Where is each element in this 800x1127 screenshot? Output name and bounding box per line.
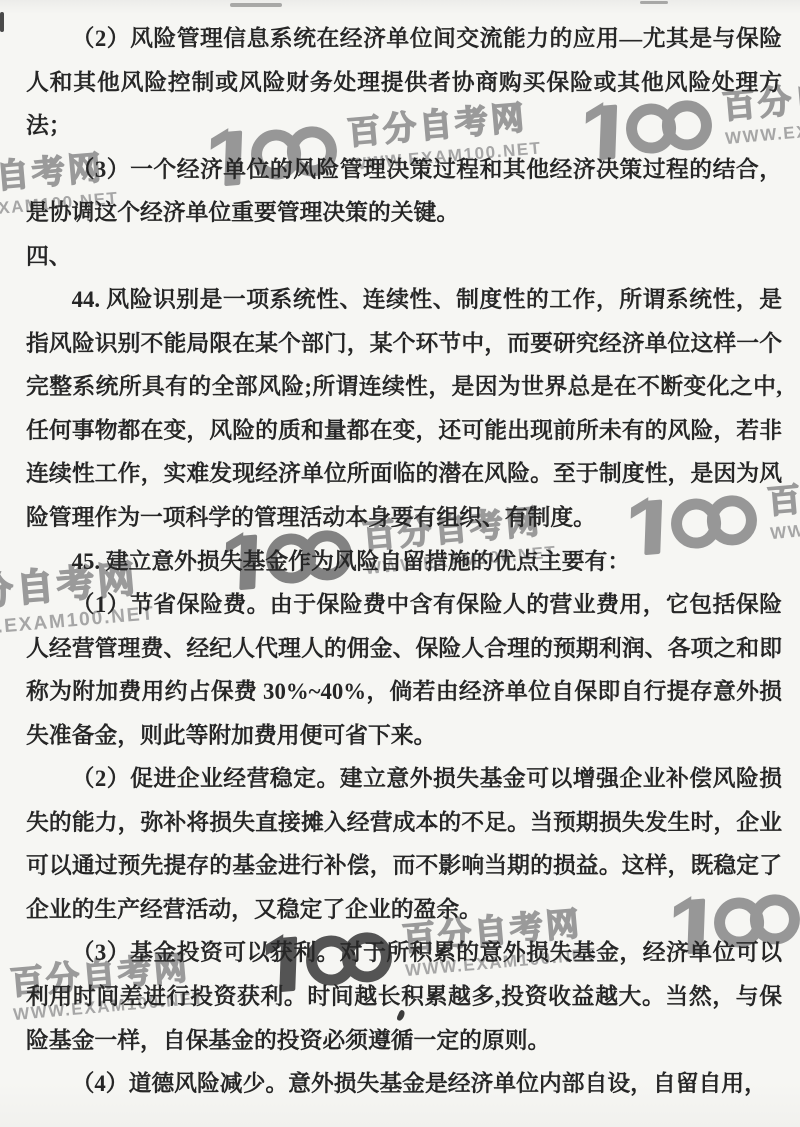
paragraph-answer-45-item2: （2）促进企业经营稳定。建立意外损失基金可以增强企业补偿风险损失的能力，弥补将损…: [26, 757, 782, 931]
paragraph-answer-45-item4: （4）道德风险减少。意外损失基金是经济单位内部自设，自留自用，: [26, 1062, 782, 1106]
paragraph-answer-43-item3: （3）一个经济单位的风险管理决策过程和其他经济决策过程的结合，是协调这个经济单位…: [26, 148, 782, 235]
paragraph-answer-45-item3: （3）基金投资可以获利。对于所积累的意外损失基金，经济单位可以利用时间差进行投资…: [26, 931, 782, 1062]
scan-smudge: [640, 1, 668, 4]
watermark-100-logo: [0, 972, 2, 1036]
scan-smudge: [230, 3, 282, 7]
paragraph-answer-45-item1: （1）节省保险费。由于保险费中含有保险人的营业费用，它包括保险人经营管理费、经纪…: [26, 583, 782, 757]
document-text: （2）风险管理信息系统在经济单位间交流能力的应用—尤其是与保险人和其他风险控制或…: [26, 17, 782, 1106]
paragraph-answer-44: 44. 风险识别是一项系统性、连续性、制度性的工作，所谓系统性，是指风险识别不能…: [26, 278, 782, 539]
section-heading-four: 四、: [26, 235, 782, 279]
paragraph-answer-43-item2: （2）风险管理信息系统在经济单位间交流能力的应用—尤其是与保险人和其他风险控制或…: [26, 17, 782, 148]
scan-edge-mark: [0, 12, 4, 32]
scanned-document-page: 百分自考网 WWW.EXAM100.NET 百分自考网 WWW.EXAM100.…: [0, 0, 800, 1127]
paragraph-answer-45-intro: 45. 建立意外损失基金作为风险自留措施的优点主要有：: [26, 540, 782, 584]
